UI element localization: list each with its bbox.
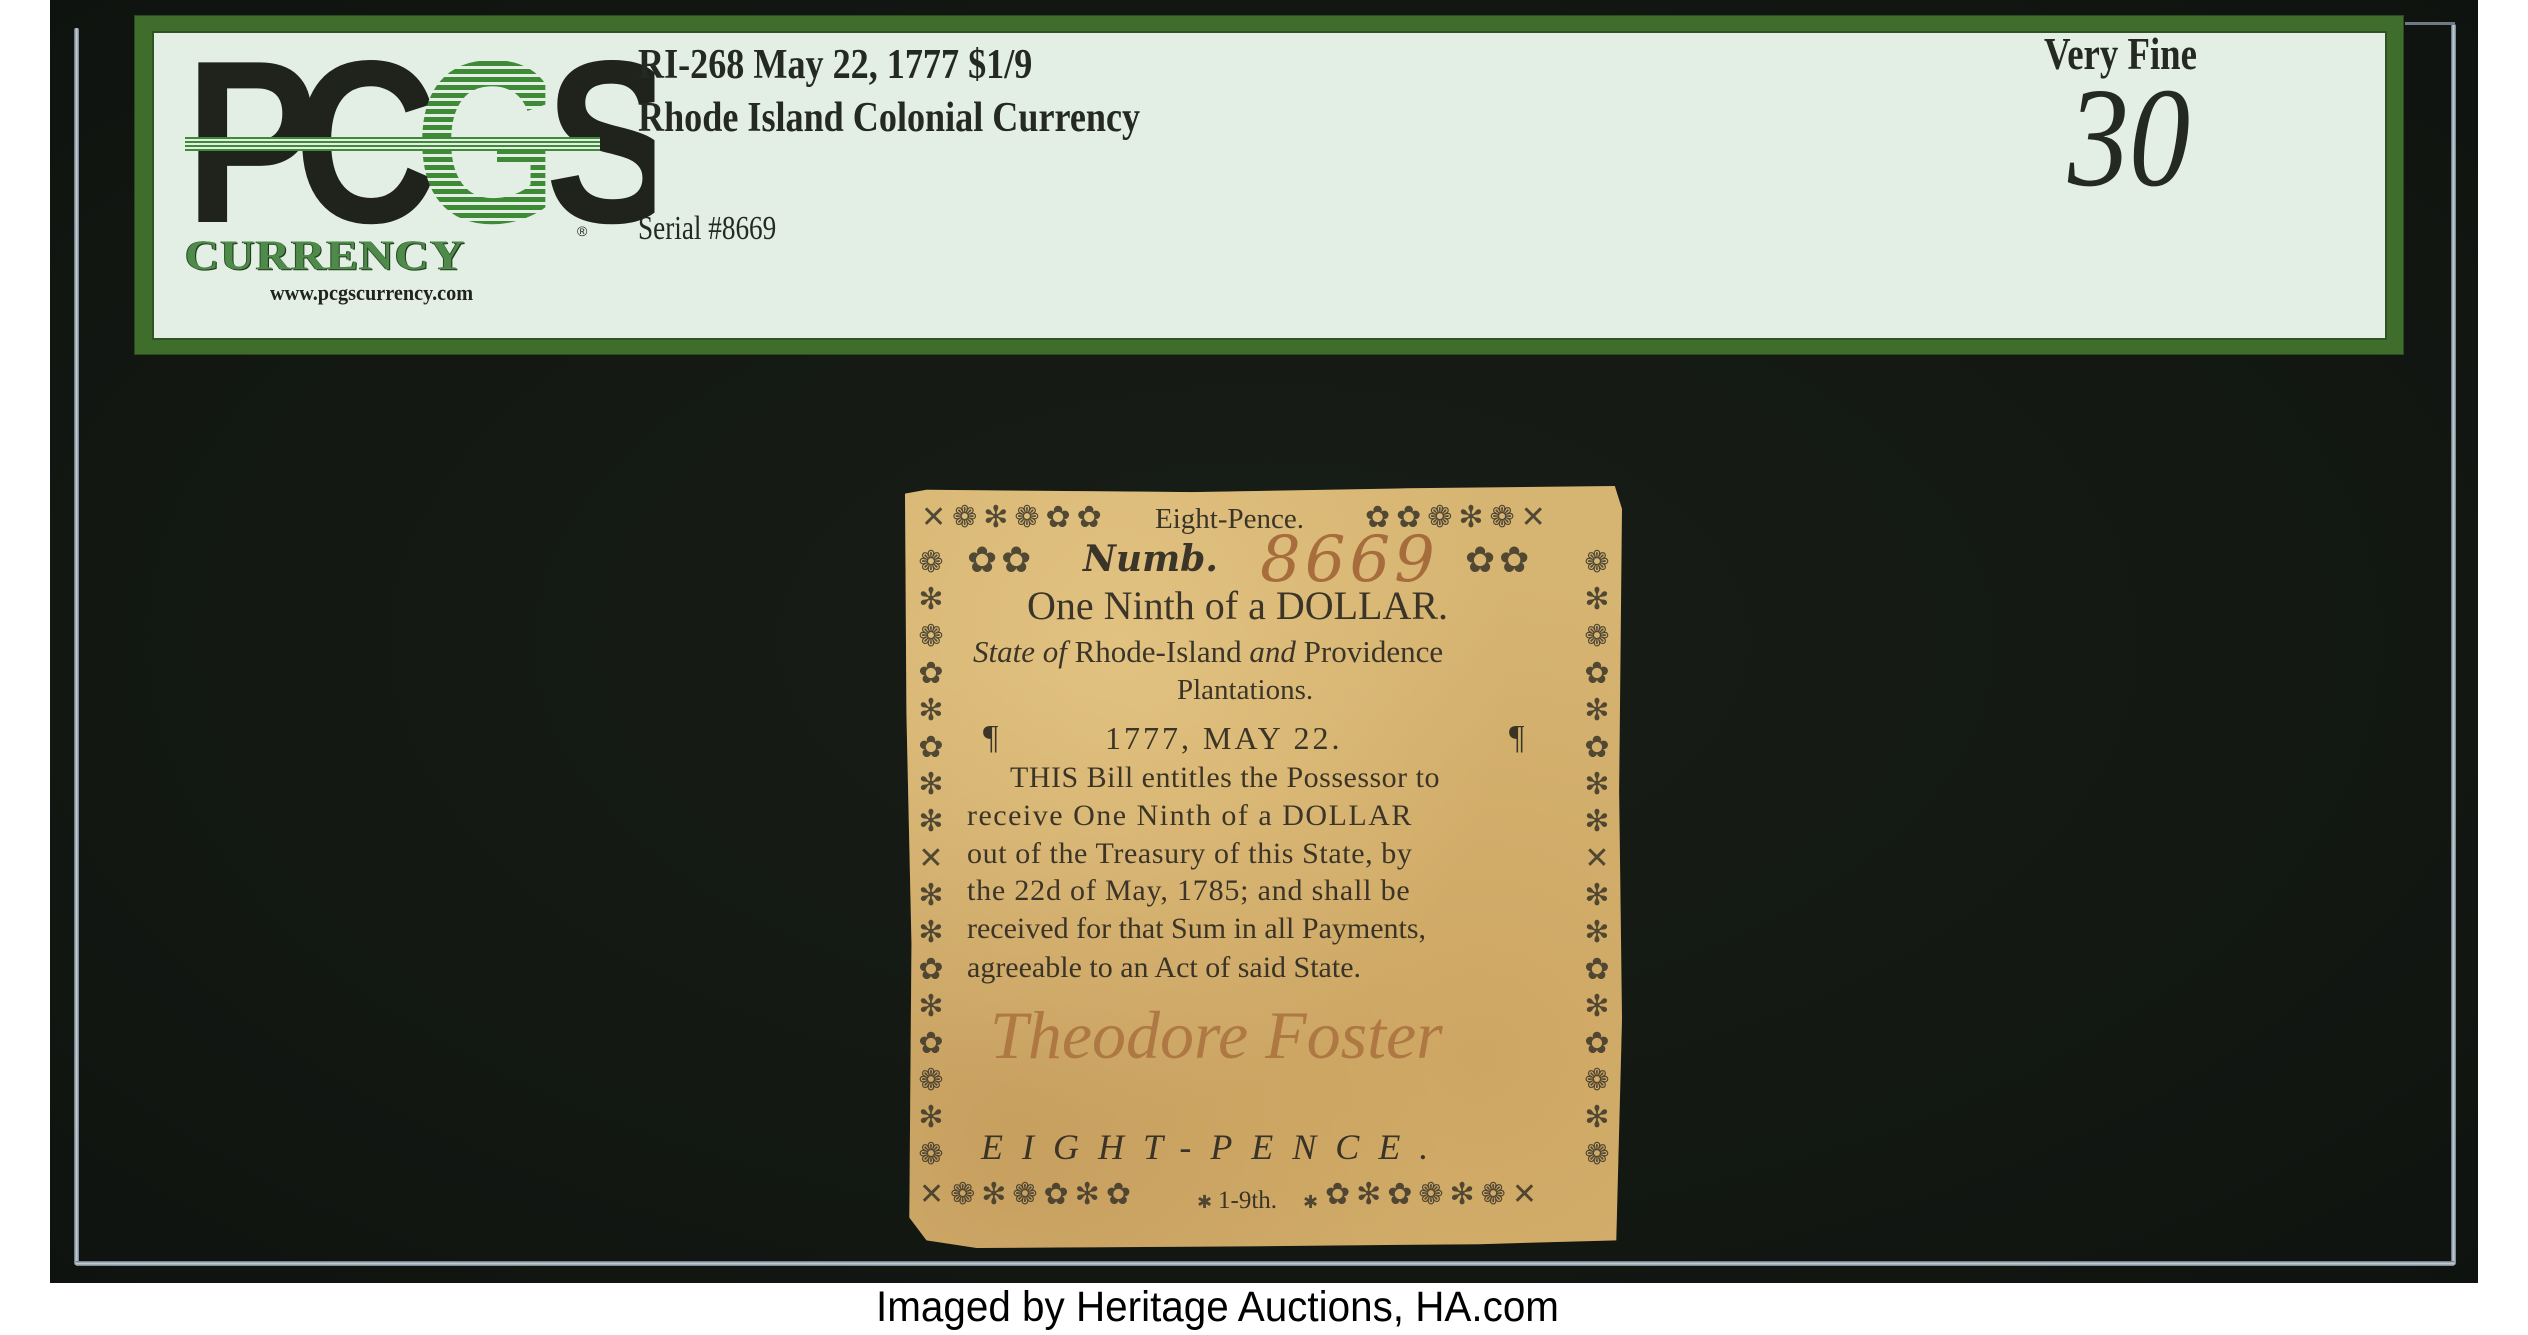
holder-edge-right	[2451, 24, 2456, 1265]
body-line-3: out of the Treasury of this State, by	[967, 839, 1413, 869]
grade-number: 30	[2068, 66, 2190, 208]
logo-url: www.pcgscurrency.com	[270, 280, 473, 306]
fraction-label: 1-9th.	[1218, 1188, 1277, 1213]
plantations-line: Plantations.	[1177, 676, 1313, 705]
note-date: 1777, MAY 22.	[1105, 722, 1343, 754]
body-line-4: the 22d of May, 1785; and shall be	[967, 876, 1411, 906]
ornament-column-left: ❁ ✻ ❁ ✿ ✻ ✿ ✻ ✻ ✕ ✻ ✻ ✿ ✻ ✿ ❁ ✻ ❁	[911, 544, 951, 1173]
note-heading: One Ninth of a DOLLAR.	[1027, 586, 1448, 626]
small-star-right-icon: ✱	[1303, 1194, 1318, 1212]
holder-edge-left	[74, 28, 79, 1265]
state-line: State of Rhode-Island and Providence	[973, 636, 1443, 667]
logo-currency-wordmark: CURRENCY	[185, 239, 466, 273]
logo-stripe	[185, 137, 600, 151]
state-line-end: Providence	[1304, 634, 1443, 669]
label-subtitle: Rhode Island Colonial Currency	[638, 97, 1140, 139]
ornament-column-right: ❁ ✻ ❁ ✿ ✻ ✿ ✻ ✻ ✕ ✻ ✻ ✿ ✻ ✿ ❁ ✻ ❁	[1577, 544, 1617, 1173]
ornament-row-bottom-left: ✕❁✻❁✿✻✿	[919, 1180, 1137, 1210]
image-credit-caption: Imaged by Heritage Auctions, HA.com	[876, 1284, 1559, 1331]
bottom-denomination: EIGHT-PENCE.	[981, 1129, 1447, 1165]
body-line-2: receive One Ninth of a DOLLAR	[967, 801, 1413, 831]
ornament-row-bottom-right: ✿✻✿❁✻❁✕	[1325, 1180, 1543, 1210]
numb-label: Numb.	[1083, 541, 1218, 577]
state-line-italic-1: State of	[973, 634, 1067, 669]
state-line-name: Rhode-Island	[1075, 634, 1242, 669]
ornament-numb-left: ✿✿	[967, 543, 1035, 579]
body-line-1: THIS Bill entitles the Possessor to	[1010, 763, 1440, 793]
holder-edge-top	[2405, 22, 2455, 25]
banknote: ✕❁✻❁✿✿ ✿✿❁✻❁✕ Eight-Pence. ❁ ✻ ❁ ✿ ✻ ✿ ✻…	[905, 486, 1622, 1248]
small-star-left-icon: ✱	[1197, 1194, 1212, 1212]
label-title: RI-268 May 22, 1777 $1/9	[638, 44, 1032, 86]
pilcrow-right-icon: ¶	[1509, 721, 1524, 755]
label-serial: Serial #8669	[638, 212, 776, 246]
pilcrow-left-icon: ¶	[983, 721, 998, 755]
body-line-6: agreeable to an Act of said State.	[967, 953, 1361, 983]
screenshot-canvas: PCGS ® CURRENCY www.pcgscurrency.com RI-…	[0, 0, 2528, 1335]
pcgs-currency-logo: PCGS ® CURRENCY www.pcgscurrency.com	[185, 55, 605, 305]
registered-mark-icon: ®	[577, 223, 587, 239]
holder-edge-bottom	[76, 1261, 2454, 1266]
signature: Theodore Foster	[990, 1001, 1443, 1069]
body-line-5: received for that Sum in all Payments,	[967, 914, 1426, 944]
ornament-numb-right: ✿✿	[1465, 543, 1533, 579]
state-line-italic-2: and	[1249, 634, 1296, 669]
ornament-row-top-left: ✕❁✻❁✿✿	[921, 503, 1108, 533]
